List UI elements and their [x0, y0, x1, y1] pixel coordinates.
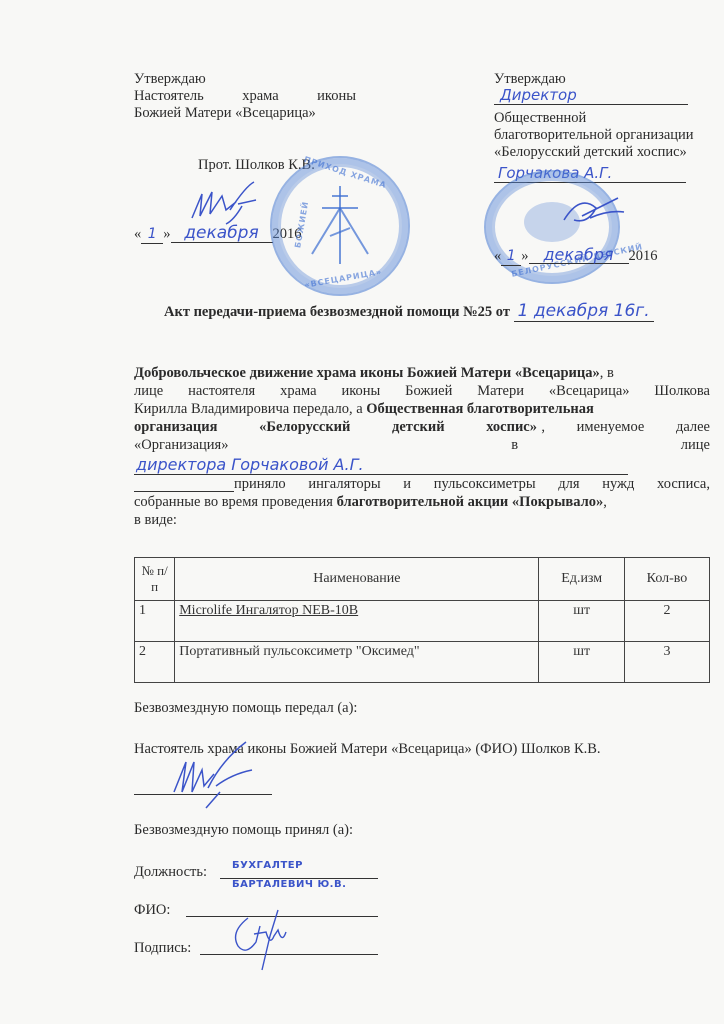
cell-qty: 2 — [624, 601, 709, 642]
approve-left-heading: Утверждаю — [134, 71, 206, 88]
act-title: Акт передачи-приема безвозмездной помощи… — [164, 303, 654, 321]
signature-right-icon — [560, 190, 630, 230]
blank-line — [134, 476, 234, 492]
date-month-handwritten: декабря — [171, 225, 273, 243]
header-num: № п/п — [135, 558, 175, 601]
cell-num: 2 — [135, 642, 175, 683]
body-line-7: приняло ингаляторы и пульсоксиметры для … — [134, 476, 710, 493]
body-line-1: Добровольческое движение храма иконы Бож… — [134, 365, 710, 382]
body-line-9: в виде: — [134, 512, 177, 529]
cell-qty: 3 — [624, 642, 709, 683]
table-row: 2 Портативный пульсоксиметр "Оксимед" шт… — [135, 642, 710, 683]
signature-giver-icon — [160, 740, 260, 810]
items-table: № п/п Наименование Ед.изм Кол-во 1 Micro… — [134, 557, 710, 683]
table-header-row: № п/п Наименование Ед.изм Кол-во — [135, 558, 710, 601]
received-by-label: Безвозмездную помощь принял (а): — [134, 822, 353, 839]
cell-name: Портативный пульсоксиметр "Оксимед" — [175, 642, 539, 683]
approve-right-date: «1»декабря2016 — [494, 246, 658, 266]
header-name: Наименование — [175, 558, 539, 601]
header-qty: Кол-во — [624, 558, 709, 601]
body-line-8: собранные во время проведения благотвори… — [134, 494, 710, 511]
body-line-3: Кирилла Владимировича передало, а Общест… — [134, 401, 710, 418]
date-day-handwritten: 1 — [501, 248, 521, 266]
approve-right-org-line2: благотворительной организации — [494, 127, 694, 144]
body-line-2: лице настоятеля храма иконы Божией Матер… — [134, 383, 710, 400]
date-day-handwritten: 1 — [141, 226, 163, 244]
header-unit: Ед.изм — [539, 558, 625, 601]
org-name: организация «Белорусский детский хоспис» — [134, 419, 537, 436]
signature-left-icon — [186, 180, 266, 226]
cell-num: 1 — [135, 601, 175, 642]
position-label: Должность: — [134, 864, 207, 881]
cell-unit: шт — [539, 601, 625, 642]
word: храма — [242, 88, 278, 105]
name-stamp: БАРТАЛЕВИЧ Ю.В. — [232, 879, 346, 890]
word: иконы — [317, 88, 356, 105]
giver-name: Шолков К.В. — [521, 741, 601, 757]
given-by-label: Безвозмездную помощь передал (а): — [134, 700, 357, 717]
fio-label: ФИО: — [134, 902, 170, 919]
table-row: 1 Microlife Ингалятор NEB-10B шт 2 — [135, 601, 710, 642]
approve-right-org-line1: Общественной — [494, 110, 586, 127]
approve-left-line1: Настоятель храма иконы — [134, 88, 356, 105]
signature-receiver-icon — [226, 906, 306, 976]
signature-label: Подпись: — [134, 940, 191, 957]
cell-name: Microlife Ингалятор NEB-10B — [175, 601, 539, 642]
approve-right-org-line3: «Белорусский детский хоспис» — [494, 144, 687, 161]
document-page: Утверждаю Настоятель храма иконы Божией … — [0, 0, 724, 1024]
word: Настоятель — [134, 88, 204, 105]
date-month-handwritten: декабря — [529, 246, 629, 264]
body-line-5: «Организация» в лице — [134, 437, 710, 454]
church-stamp: ПРИХОД ХРАМА БОЖИЕЙ «ВСЕЦАРИЦА» — [270, 156, 410, 296]
handwritten-person-field: директора Горчаковой А.Г. — [134, 455, 628, 475]
body-line-4: организация «Белорусский детский хоспис»… — [134, 419, 710, 436]
act-date-handwritten: 1 декабря 16г. — [514, 301, 654, 322]
approve-right-position-handwritten: Директор — [494, 86, 688, 105]
cell-unit: шт — [539, 642, 625, 683]
approve-left-line2: Божией Матери «Всецарица» — [134, 105, 316, 122]
position-stamp: БУХГАЛТЕР — [232, 860, 303, 871]
